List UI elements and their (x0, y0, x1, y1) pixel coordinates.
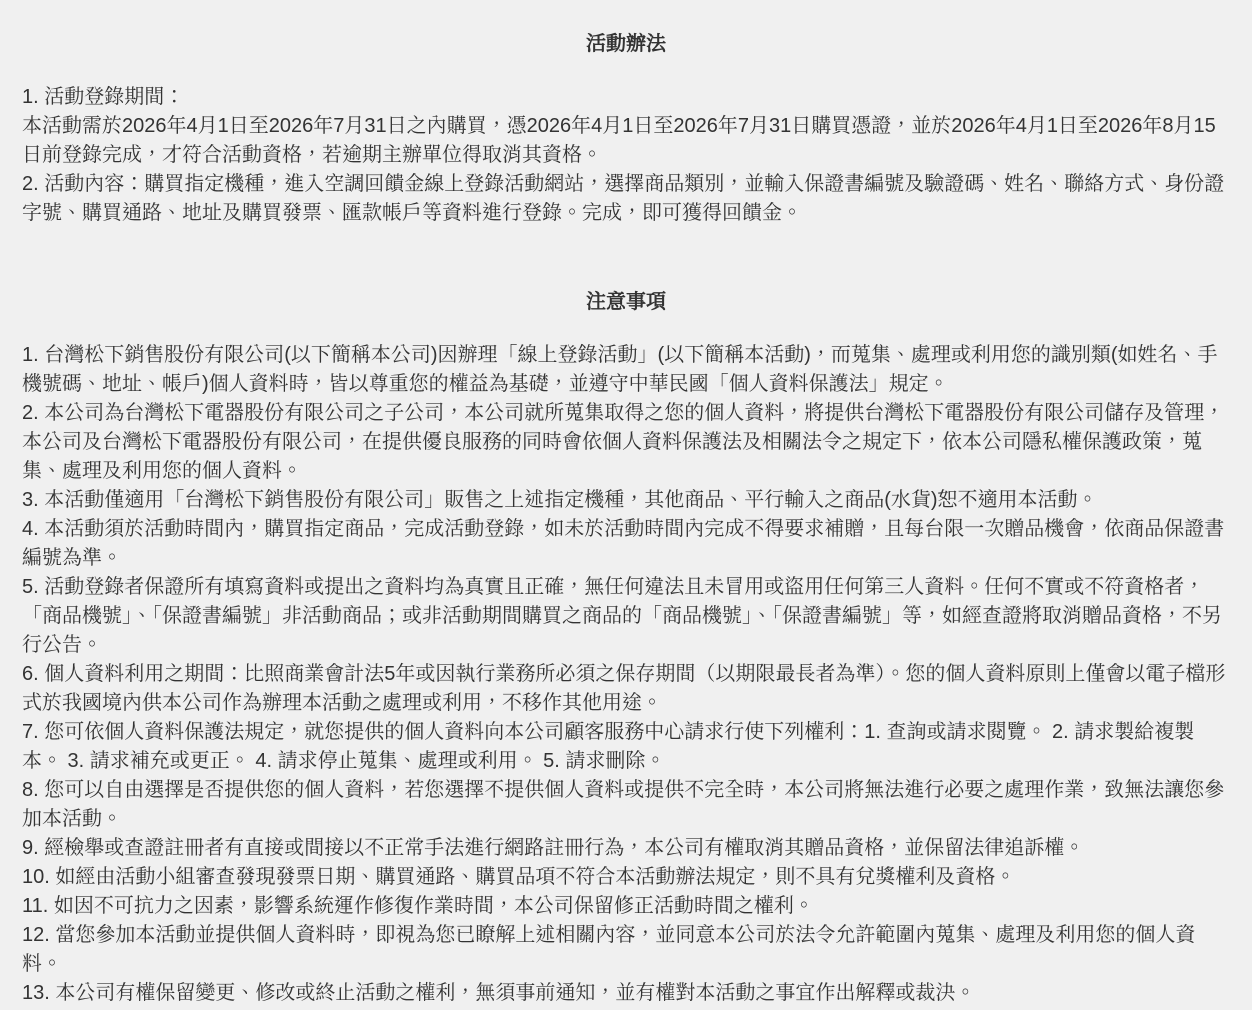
terms-paragraph: 9. 經檢舉或查證註冊者有直接或間接以不正常手法進行網路註冊行為，本公司有權取消… (22, 834, 1230, 863)
terms-paragraph: 7. 您可依個人資料保護法規定，就您提供的個人資料向本公司顧客服務中心請求行使下… (22, 718, 1230, 776)
terms-paragraph: 1. 台灣松下銷售股份有限公司(以下簡稱本公司)因辦理「線上登錄活動」(以下簡稱… (22, 341, 1230, 399)
terms-paragraph: 2. 本公司為台灣松下電器股份有限公司之子公司，本公司就所蒐集取得之您的個人資料… (22, 399, 1230, 486)
terms-paragraph: 10. 如經由活動小組審查發現發票日期、購買通路、購買品項不符合本活動辦法規定，… (22, 863, 1230, 892)
terms-paragraph: 6. 個人資料利用之期間：比照商業會計法5年或因執行業務所必須之保存期間（以期限… (22, 660, 1230, 718)
terms-paragraph: 12. 當您參加本活動並提供個人資料時，即視為您已瞭解上述相關內容，並同意本公司… (22, 921, 1230, 979)
section-notices: 注意事項 1. 台灣松下銷售股份有限公司(以下簡稱本公司)因辦理「線上登錄活動」… (22, 288, 1230, 1008)
terms-paragraph: 13. 本公司有權保留變更、修改或終止活動之權利，無須事前通知，並有權對本活動之… (22, 979, 1230, 1008)
terms-paragraph: 4. 本活動須於活動時間內，購買指定商品，完成活動登錄，如未於活動時間內完成不得… (22, 515, 1230, 573)
section-activity-rules: 活動辦法 1. 活動登錄期間： 本活動需於2026年4月1日至2026年7月31… (22, 30, 1230, 228)
document-page: { "colors": { "background": "#f0f0f0", "… (0, 0, 1252, 1010)
terms-paragraph: 3. 本活動僅適用「台灣松下銷售股份有限公司」販售之上述指定機種，其他商品、平行… (22, 486, 1230, 515)
terms-paragraph: 2. 活動內容：購買指定機種，進入空調回饋金線上登錄活動網站，選擇商品類別，並輸… (22, 170, 1230, 228)
terms-paragraph: 本活動需於2026年4月1日至2026年7月31日之內購買，憑2026年4月1日… (22, 112, 1230, 170)
terms-paragraph: 8. 您可以自由選擇是否提供您的個人資料，若您選擇不提供個人資料或提供不完全時，… (22, 776, 1230, 834)
terms-paragraph: 5. 活動登錄者保證所有填寫資料或提出之資料均為真實且正確，無任何違法且未冒用或… (22, 573, 1230, 660)
terms-paragraph: 1. 活動登錄期間： (22, 83, 1230, 112)
terms-paragraph: 11. 如因不可抗力之因素，影響系統運作修復作業時間，本公司保留修正活動時間之權… (22, 892, 1230, 921)
activity-rules-title: 活動辦法 (22, 30, 1230, 59)
notices-title: 注意事項 (22, 288, 1230, 317)
